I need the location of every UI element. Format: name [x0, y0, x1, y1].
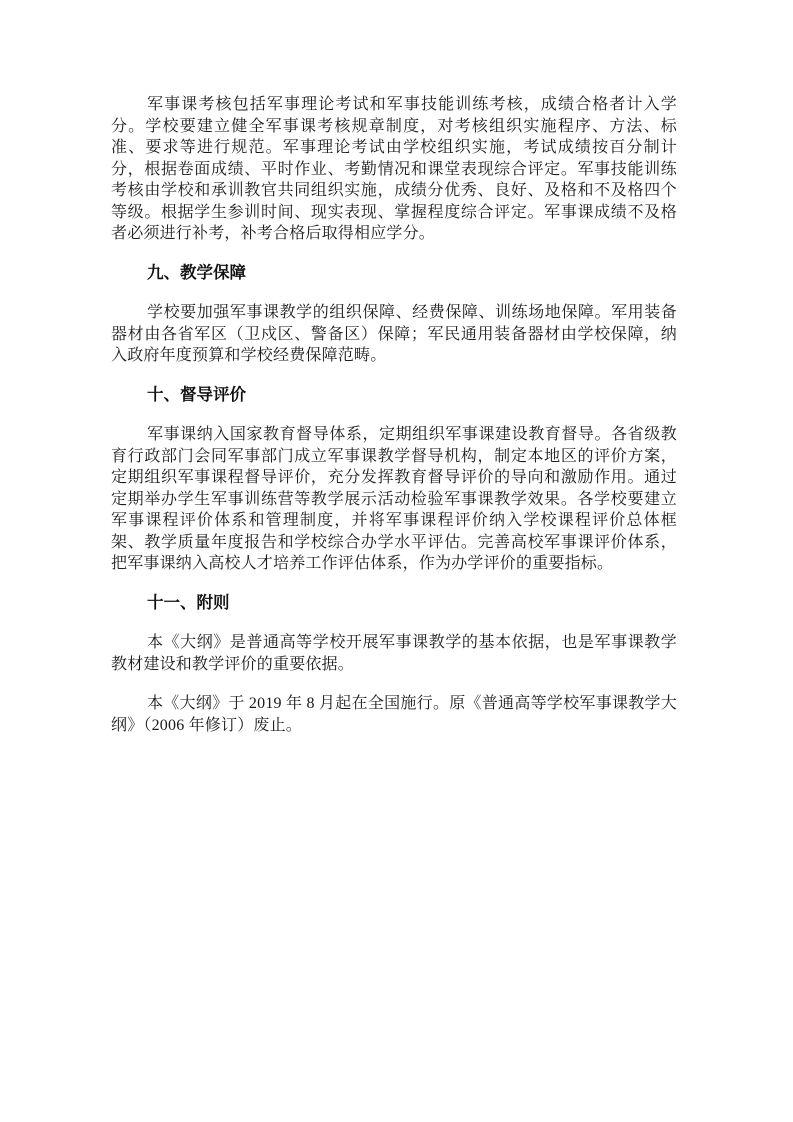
paragraph-section-11-effective-date: 本《大纲》于 2019 年 8 月起在全国施行。原《普通高等学校军事课教学大纲》… — [111, 693, 677, 736]
heading-section-10-supervision-evaluation: 十、督导评价 — [111, 385, 677, 407]
paragraph-section-10-supervision-evaluation: 军事课纳入国家教育督导体系，定期组织军事课建设教育督导。各省级教育行政部门会同军… — [111, 424, 677, 575]
paragraph-section-11-basis: 本《大纲》是普通高等学校开展军事课教学的基本依据，也是军事课教学教材建设和教学评… — [111, 632, 677, 675]
heading-section-11-supplementary-provisions: 十一、附则 — [111, 593, 677, 615]
paragraph-course-assessment: 军事课考核包括军事理论考试和军事技能训练考核，成绩合格者计入学分。学校要建立健全… — [111, 94, 677, 245]
document-page: 军事课考核包括军事理论考试和军事技能训练考核，成绩合格者计入学分。学校要建立健全… — [0, 0, 793, 1122]
paragraph-section-9-teaching-support: 学校要加强军事课教学的组织保障、经费保障、训练场地保障。军用装备器材由各省军区（… — [111, 302, 677, 367]
heading-section-9-teaching-support: 九、教学保障 — [111, 263, 677, 285]
